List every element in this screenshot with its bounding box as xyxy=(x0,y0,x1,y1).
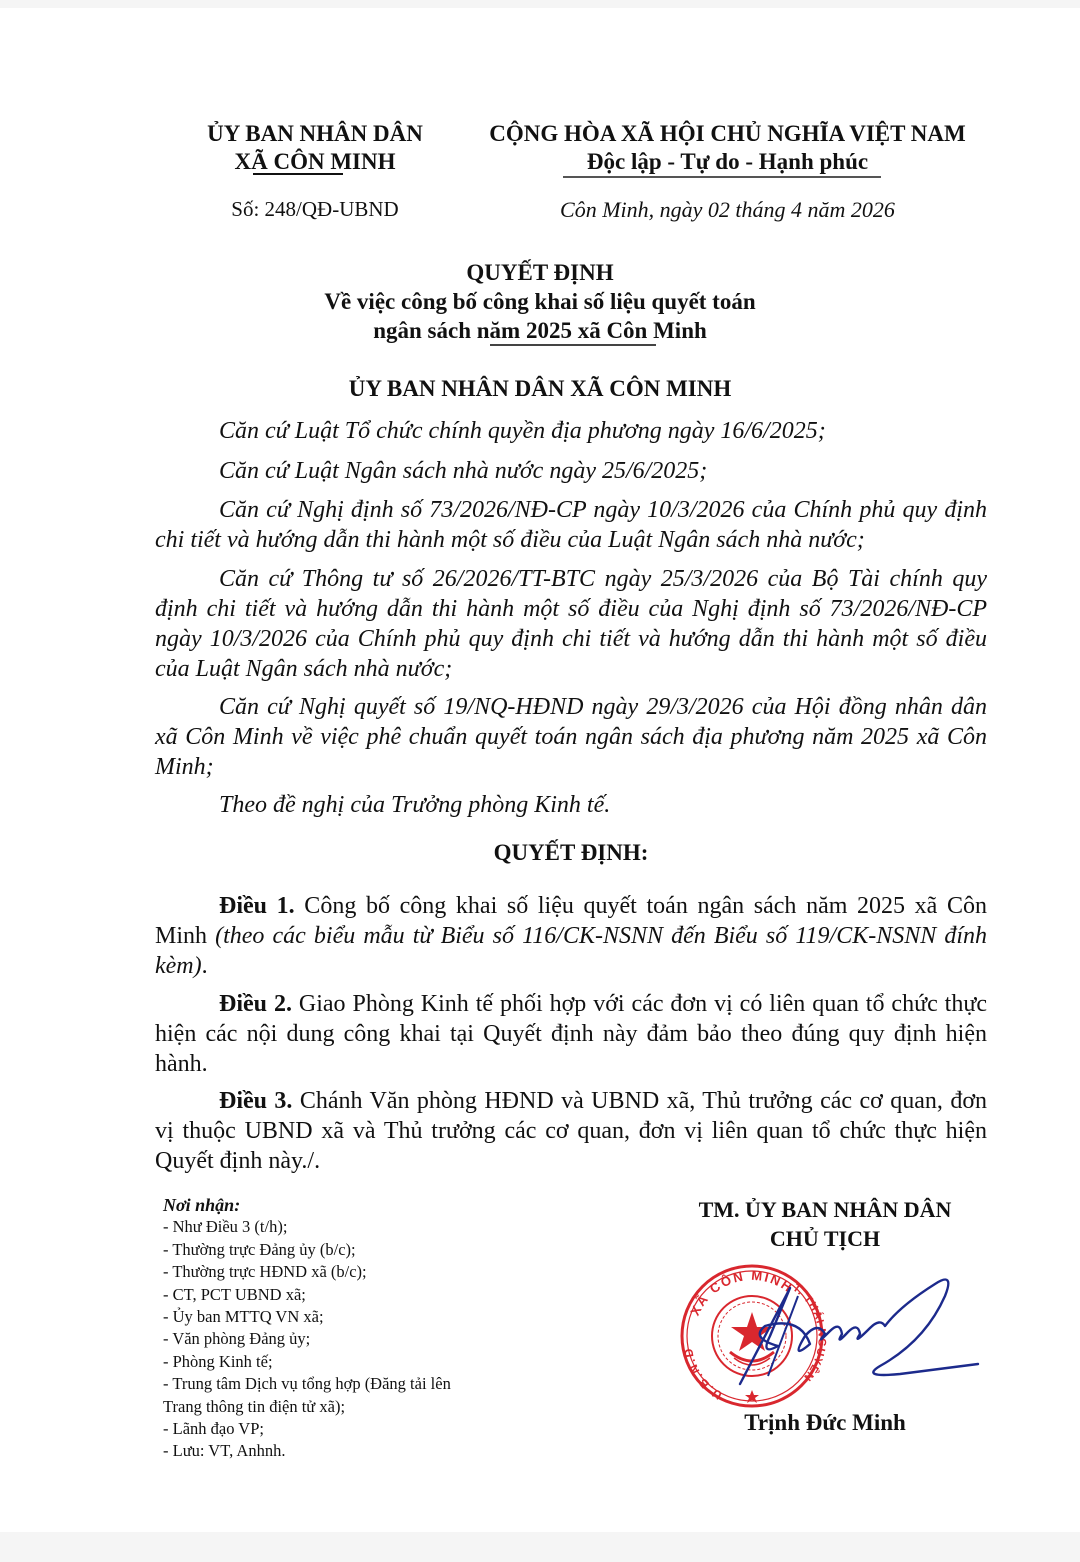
recipient-item: - Lưu: VT, Anhnh. xyxy=(163,1440,533,1462)
country-name: CỘNG HÒA XÃ HỘI CHỦ NGHĨA VIỆT NAM xyxy=(470,120,985,148)
legal-basis-5: Căn cứ Nghị quyết số 19/NQ-HĐND ngày 29/… xyxy=(155,692,987,782)
document-page: ỦY BAN NHÂN DÂN XÃ CÔN MINH CỘNG HÒA XÃ … xyxy=(0,8,1080,1532)
article-3: Điều 3. Chánh Văn phòng HĐND và UBND xã,… xyxy=(155,1086,987,1176)
signature-title: TM. ỦY BAN NHÂN DÂN CHỦ TỊCH xyxy=(660,1195,990,1253)
recipient-item: - Văn phòng Đảng ủy; xyxy=(163,1328,533,1350)
recipient-item: - Trung tâm Dịch vụ tổng hợp (Đăng tải l… xyxy=(163,1373,533,1395)
subject-line-1: Về việc công bố công khai số liệu quyết … xyxy=(180,287,900,316)
recipient-item: - Như Điều 3 (t/h); xyxy=(163,1216,533,1238)
subject-line-2: ngân sách năm 2025 xã Côn Minh xyxy=(180,316,900,345)
signer-position: CHỦ TỊCH xyxy=(660,1224,990,1253)
agency-name-line2: XÃ CÔN MINH xyxy=(170,148,460,176)
national-motto: Độc lập - Tự do - Hạnh phúc xyxy=(470,148,985,176)
recipient-item: - Ủy ban MTTQ VN xã; xyxy=(163,1306,533,1328)
article-label: Điều 3. xyxy=(219,1088,292,1114)
legal-basis-6: Theo đề nghị của Trưởng phòng Kinh tế. xyxy=(155,790,987,820)
motto-underline xyxy=(563,176,881,178)
article-2: Điều 2. Giao Phòng Kinh tế phối hợp với … xyxy=(155,989,987,1079)
recipients-title: Nơi nhận: xyxy=(163,1194,533,1216)
decision-heading: QUYẾT ĐỊNH: xyxy=(155,840,987,866)
recipients-list: Nơi nhận: - Như Điều 3 (t/h); - Thường t… xyxy=(163,1194,533,1463)
agency-name-line1: ỦY BAN NHÂN DÂN xyxy=(170,120,460,148)
article-1: Điều 1. Công bố công khai số liệu quyết … xyxy=(155,891,987,981)
document-number: Số: 248/QĐ-UBND xyxy=(170,197,460,222)
svg-text:U.B.N.D: U.B.N.D xyxy=(681,1346,725,1403)
place-and-date: Côn Minh, ngày 02 tháng 4 năm 2026 xyxy=(470,197,985,223)
document-type: QUYẾT ĐỊNH xyxy=(180,258,900,287)
recipient-item: - Lãnh đạo VP; xyxy=(163,1418,533,1440)
agency-underline xyxy=(253,173,343,175)
title-underline xyxy=(490,344,656,346)
on-behalf-of: TM. ỦY BAN NHÂN DÂN xyxy=(660,1195,990,1224)
article-label: Điều 2. xyxy=(219,991,292,1017)
recipient-item: - Thường trực Đảng ủy (b/c); xyxy=(163,1239,533,1261)
national-header: CỘNG HÒA XÃ HỘI CHỦ NGHĨA VIỆT NAM Độc l… xyxy=(470,120,985,176)
article-note: (theo các biểu mẫu từ Biểu số 116/CK-NSN… xyxy=(155,923,987,979)
handwritten-signature-icon xyxy=(730,1266,980,1396)
signer-name: Trịnh Đức Minh xyxy=(660,1410,990,1436)
recipient-item: - Phòng Kinh tế; xyxy=(163,1351,533,1373)
recipient-item: - Thường trực HĐND xã (b/c); xyxy=(163,1261,533,1283)
article-label: Điều 1. xyxy=(219,893,295,919)
legal-basis-1: Căn cứ Luật Tổ chức chính quyền địa phươ… xyxy=(155,416,987,446)
legal-basis-2: Căn cứ Luật Ngân sách nhà nước ngày 25/6… xyxy=(155,456,987,486)
issuing-authority: ỦY BAN NHÂN DÂN XÃ CÔN MINH xyxy=(180,376,900,402)
agency-header: ỦY BAN NHÂN DÂN XÃ CÔN MINH xyxy=(170,120,460,176)
document-title: QUYẾT ĐỊNH Về việc công bố công khai số … xyxy=(180,258,900,345)
legal-basis-4: Căn cứ Thông tư số 26/2026/TT-BTC ngày 2… xyxy=(155,564,987,684)
legal-basis-3: Căn cứ Nghị định số 73/2026/NĐ-CP ngày 1… xyxy=(155,495,987,555)
recipient-item: Trang thông tin điện tử xã); xyxy=(163,1396,533,1418)
recipient-item: - CT, PCT UBND xã; xyxy=(163,1284,533,1306)
